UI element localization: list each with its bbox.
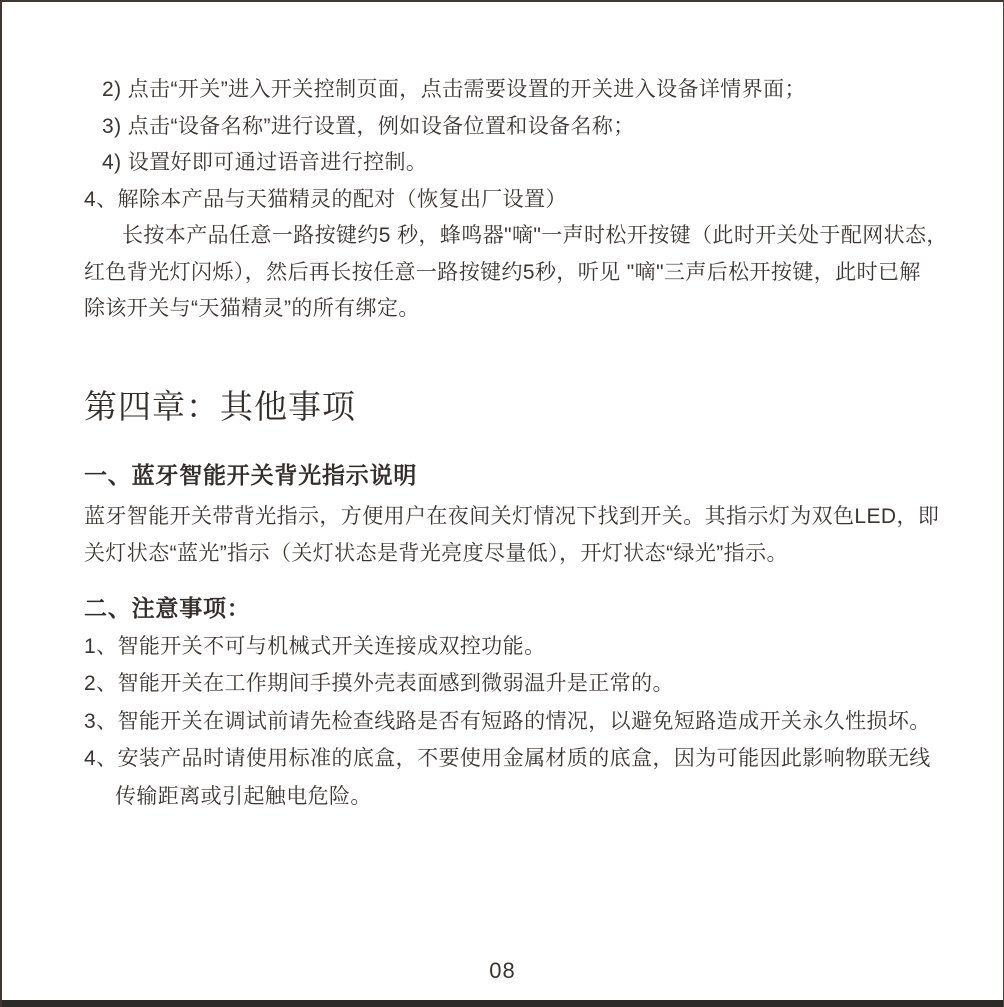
note-item-4-line-2: 传输距离或引起触电危险。 <box>84 778 945 816</box>
step-line-4: 4) 设置好即可通过语音进行控制。 <box>102 145 945 182</box>
section1-heading: 一、蓝牙智能开关背光指示说明 <box>84 460 945 490</box>
unpair-heading: 4、解除本产品与天猫精灵的配对（恢复出厂设置） <box>84 182 945 219</box>
unpair-line-3: 除该开关与“天猫精灵”的所有绑定。 <box>84 291 945 328</box>
note-item-2: 2、智能开关在工作期间手摸外壳表面感到微弱温升是正常的。 <box>84 665 945 703</box>
note-item-3: 3、智能开关在调试前请先检查线路是否有短路的情况，以避免短路造成开关永久性损坏。 <box>84 703 945 741</box>
unpair-line-1: 长按本产品任意一路按键约5 秒，蜂鸣器"嘀"一声时松开按键（此时开关处于配网状态… <box>84 218 945 255</box>
voice-setup-steps: 2) 点击“开关”进入开关控制页面，点击需要设置的开关进入设备详情界面； 3) … <box>102 72 945 182</box>
bottom-bar <box>0 1000 1004 1007</box>
backlight-line-2: 关灯状态“蓝光”指示（关灯状态是背光亮度尽量低），开灯状态“绿光”指示。 <box>84 535 945 573</box>
page-number: 08 <box>2 958 1003 984</box>
chapter-title: 第四章：其他事项 <box>84 386 945 428</box>
manual-page: 2) 点击“开关”进入开关控制页面，点击需要设置的开关进入设备详情界面； 3) … <box>0 0 1004 1007</box>
step-line-2: 2) 点击“开关”进入开关控制页面，点击需要设置的开关进入设备详情界面； <box>102 72 945 109</box>
step-line-3: 3) 点击“设备名称”进行设置，例如设备位置和设备名称； <box>102 109 945 146</box>
backlight-line-1: 蓝牙智能开关带背光指示，方便用户在夜间关灯情况下找到开关。其指示灯为双色LED，… <box>84 498 945 536</box>
unpair-line-2: 红色背光灯闪烁），然后再长按任意一路按键约5秒，听见 "嘀"三声后松开按键，此时… <box>84 255 945 292</box>
unpair-paragraph: 长按本产品任意一路按键约5 秒，蜂鸣器"嘀"一声时松开按键（此时开关处于配网状态… <box>84 218 945 328</box>
section2-heading: 二、注意事项： <box>84 593 945 623</box>
page-content: 2) 点击“开关”进入开关控制页面，点击需要设置的开关进入设备详情界面； 3) … <box>2 2 1003 815</box>
notes-list: 1、智能开关不可与机械式开关连接成双控功能。 2、智能开关在工作期间手摸外壳表面… <box>84 628 945 816</box>
backlight-paragraph: 蓝牙智能开关带背光指示，方便用户在夜间关灯情况下找到开关。其指示灯为双色LED，… <box>84 498 945 573</box>
note-item-4-line-1: 4、安装产品时请使用标准的底盒，不要使用金属材质的底盒，因为可能因此影响物联无线 <box>84 740 945 778</box>
note-item-1: 1、智能开关不可与机械式开关连接成双控功能。 <box>84 628 945 666</box>
